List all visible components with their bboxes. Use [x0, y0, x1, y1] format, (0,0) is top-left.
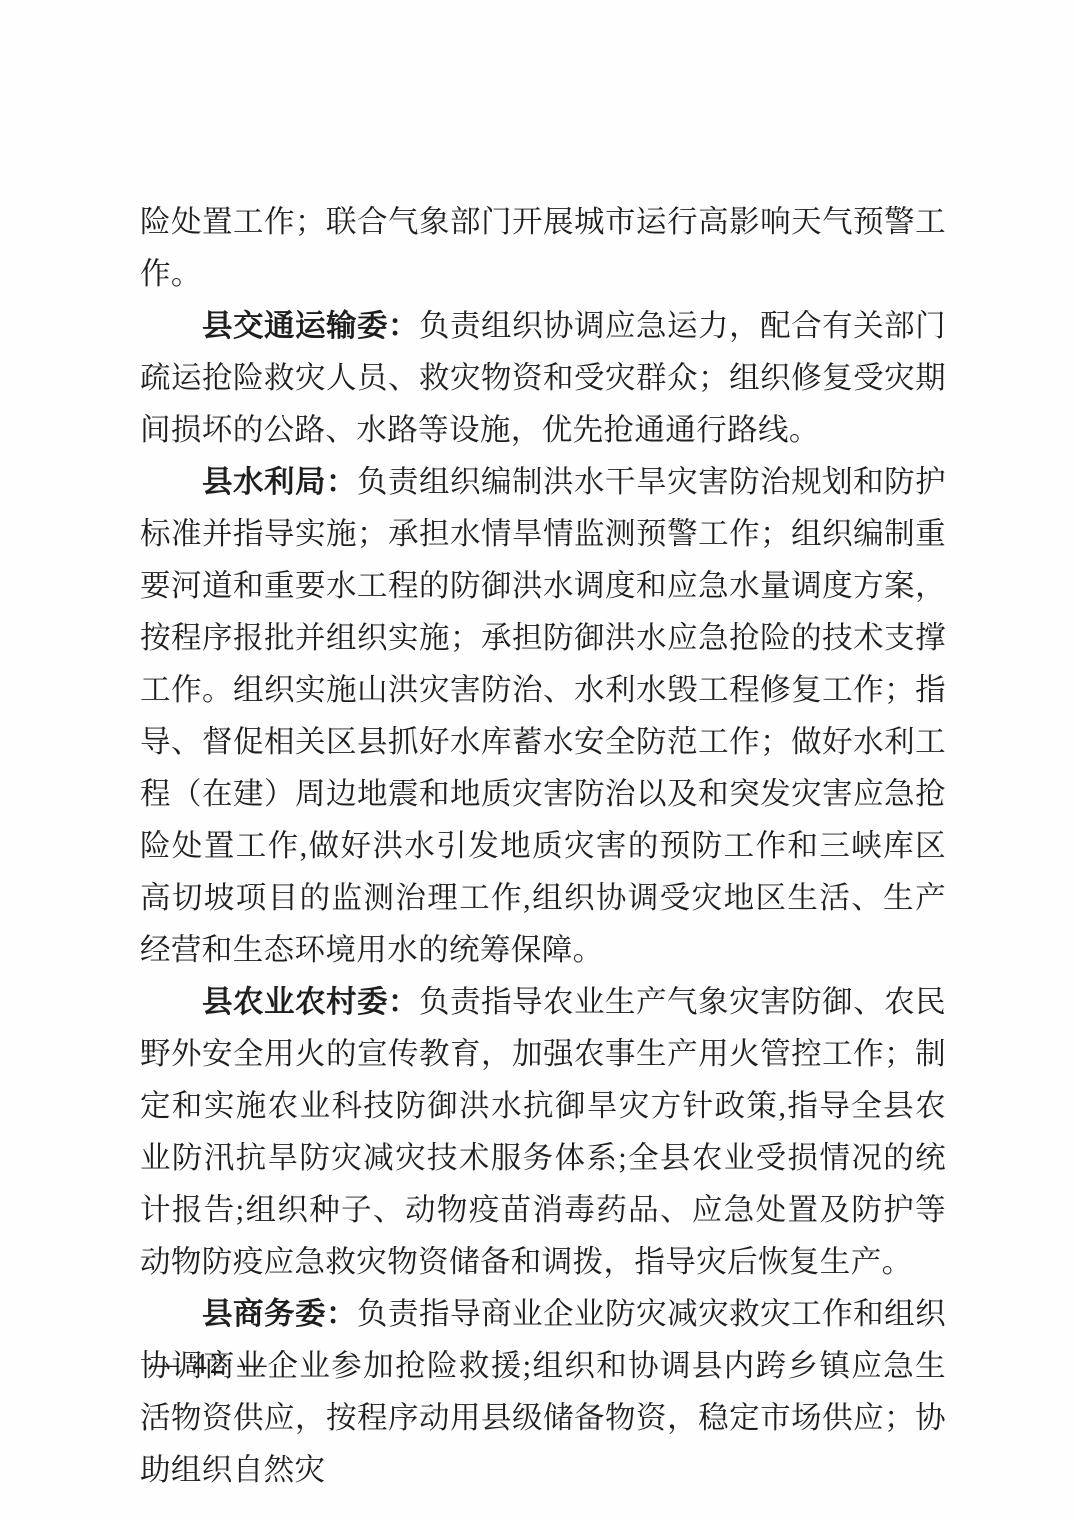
document-page: { "page": { "number": "— 42 —" }, "conte… [0, 0, 1074, 1520]
paragraph-continuation: 险处置工作；联合气象部门开展城市运行高影响天气预警工作。 [140, 196, 946, 300]
department-name: 县商务委： [202, 1297, 357, 1331]
department-name: 县交通运输委： [202, 309, 419, 343]
paragraph-text: 负责组织编制洪水干旱灾害防治规划和防护标准并指导实施；承担水情旱情监测预警工作；… [140, 465, 946, 967]
department-name: 县农业农村委： [202, 985, 419, 1019]
page-number: — 42 — [150, 1344, 270, 1384]
paragraph-commerce-committee: 县商务委：负责指导商业企业防灾减灾救灾工作和组织协调商业企业参加抢险救援;组织和… [140, 1288, 946, 1496]
document-body: 险处置工作；联合气象部门开展城市运行高影响天气预警工作。 县交通运输委：负责组织… [140, 196, 946, 1496]
paragraph-transport-committee: 县交通运输委：负责组织协调应急运力，配合有关部门疏运抢险救灾人员、救灾物资和受灾… [140, 300, 946, 456]
department-name: 县水利局： [202, 465, 357, 499]
paragraph-text: 负责指导农业生产气象灾害防御、农民野外安全用火的宣传教育，加强农事生产用火管控工… [140, 985, 946, 1279]
paragraph-agriculture-committee: 县农业农村委：负责指导农业生产气象灾害防御、农民野外安全用火的宣传教育，加强农事… [140, 976, 946, 1288]
paragraph-text: 险处置工作；联合气象部门开展城市运行高影响天气预警工作。 [140, 205, 946, 291]
paragraph-water-bureau: 县水利局：负责组织编制洪水干旱灾害防治规划和防护标准并指导实施；承担水情旱情监测… [140, 456, 946, 976]
